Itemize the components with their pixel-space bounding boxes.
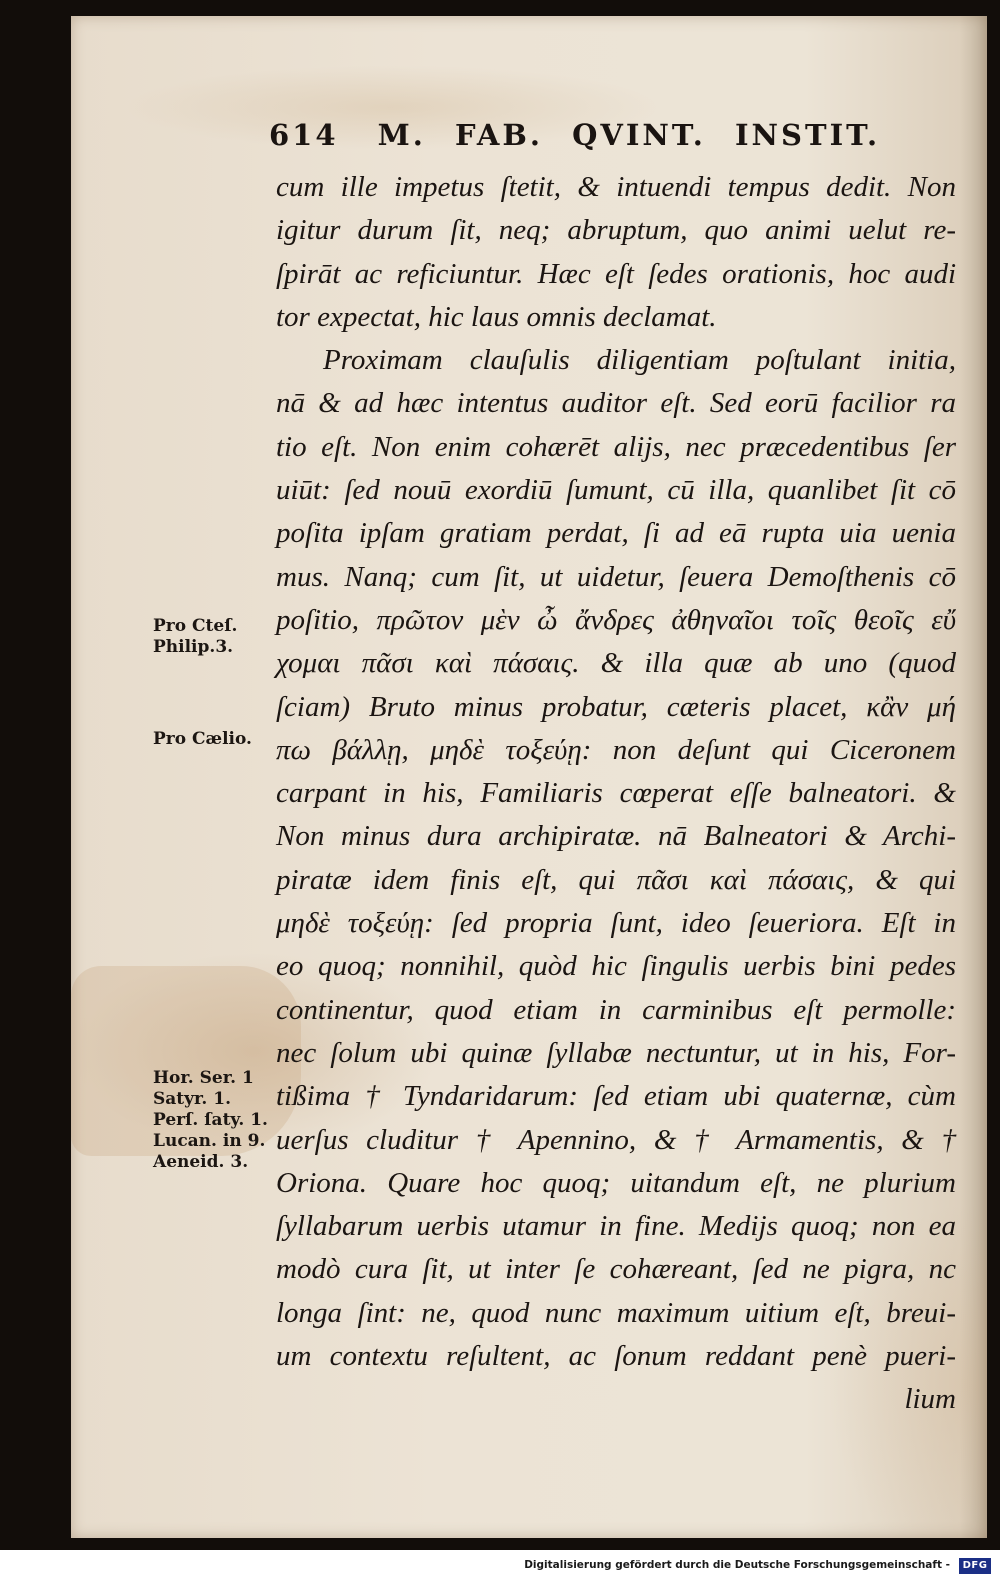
- text-line: igitur durum ſit, neq; abruptum, quo ani…: [276, 209, 956, 252]
- text-line: um contextu reſultent, ac ſonum reddant …: [276, 1335, 956, 1378]
- funding-credit: Digitalisierung gefördert durch die Deut…: [524, 1559, 950, 1571]
- text-line: cum ille impetus ſtetit, & intuendi temp…: [276, 166, 956, 209]
- text-line: tor expectat, hic laus omnis declamat.: [276, 296, 956, 339]
- text-line: uiūt: ſed nouū exordiū ſumunt, cū illa, …: [276, 469, 956, 512]
- text-line: nec ſolum ubi quinæ ſyllabæ nectuntur, u…: [276, 1032, 956, 1075]
- greek-text-line: μηδὲ τοξεύῃ: ſed propria ſunt, ideo ſeue…: [276, 902, 956, 945]
- margin-note: Pro Cælio.: [153, 729, 252, 750]
- text-line: tio eſt. Non enim cohærēt alijs, nec præ…: [276, 426, 956, 469]
- scan-viewport: 614 M. FAB. QVINT. INSTIT. cum ille impe…: [0, 0, 1000, 1550]
- text-line: continentur, quod etiam in carminibus eſ…: [276, 989, 956, 1032]
- text-line: modò cura ſit, ut inter ſe cohæreant, ſe…: [276, 1248, 956, 1291]
- margin-note-group: Hor. Ser. 1 Satyr. 1. Perſ. ſaty. 1. Luc…: [153, 1068, 268, 1173]
- running-head: 614 M. FAB. QVINT. INSTIT.: [269, 118, 880, 152]
- text-line: ſciam) Bruto minus probatur, cæteris pla…: [276, 686, 956, 729]
- credit-footer: Digitalisierung gefördert durch die Deut…: [0, 1550, 1000, 1587]
- margin-note: Aeneid. 3.: [153, 1152, 268, 1173]
- text-line: ſyllabarum uerbis utamur in fine. Medijs…: [276, 1205, 956, 1248]
- margin-note-group: Pro Cteſ. Philip.3.: [153, 616, 237, 658]
- catchword: lium: [276, 1378, 956, 1421]
- text-line: poſita ipſam gratiam perdat, ſi ad eā ru…: [276, 512, 956, 555]
- margin-note: Satyr. 1.: [153, 1089, 268, 1110]
- running-head-word: M.: [378, 118, 426, 152]
- running-head-word: FAB.: [455, 118, 543, 152]
- main-text-block: cum ille impetus ſtetit, & intuendi temp…: [276, 166, 956, 1422]
- dfg-logo-icon: DFG: [959, 1558, 991, 1574]
- text-line: Oriona. Quare hoc quoq; uitandum eſt, ne…: [276, 1162, 956, 1205]
- text-line: uerſus cluditur † Apennino, & † Armament…: [276, 1119, 956, 1162]
- folio-number: 614: [269, 118, 339, 152]
- text-line: nā & ad hæc intentus auditor eſt. Sed eo…: [276, 382, 956, 425]
- text-line: Non minus dura archipiratæ. nā Balneator…: [276, 815, 956, 858]
- margin-note-group: Pro Cælio.: [153, 729, 252, 750]
- text-line: longa ſint: ne, quod nunc maximum uitium…: [276, 1292, 956, 1335]
- greek-text-line: χομαι πᾶσι καὶ πάσαις. & illa quæ ab uno…: [276, 642, 956, 685]
- text-line: tißima † Tyndaridarum: ſed etiam ubi qua…: [276, 1075, 956, 1118]
- text-line: mus. Nanq; cum ſit, ut uidetur, ſeuera D…: [276, 556, 956, 599]
- margin-note: Pro Cteſ.: [153, 616, 237, 637]
- margin-note: Hor. Ser. 1: [153, 1068, 268, 1089]
- text-line: eo quoq; nonnihil, quòd hic ſingulis uer…: [276, 945, 956, 988]
- running-head-word: QVINT.: [572, 118, 706, 152]
- text-line: carpant in his, Familiaris cœperat eſſe …: [276, 772, 956, 815]
- margin-note: Perſ. ſaty. 1.: [153, 1110, 268, 1131]
- greek-text-line: poſitio, πρῶτον μὲν ὦ ἄνδρες ἀθηναῖοι το…: [276, 599, 956, 642]
- greek-text-line: πω βάλλῃ, μηδὲ τοξεύῃ: non deſunt qui Ci…: [276, 729, 956, 772]
- text-line: ſpirāt ac reficiuntur. Hæc eſt ſedes ora…: [276, 253, 956, 296]
- text-line: piratæ idem finis eſt, qui πᾶσι καὶ πάσα…: [276, 859, 956, 902]
- book-page: 614 M. FAB. QVINT. INSTIT. cum ille impe…: [71, 16, 987, 1538]
- paragraph-start-line: Proximam clauſulis diligentiam poſtulant…: [276, 339, 956, 382]
- margin-note: Lucan. in 9.: [153, 1131, 268, 1152]
- margin-note: Philip.3.: [153, 637, 237, 658]
- running-head-word: INSTIT.: [735, 118, 880, 152]
